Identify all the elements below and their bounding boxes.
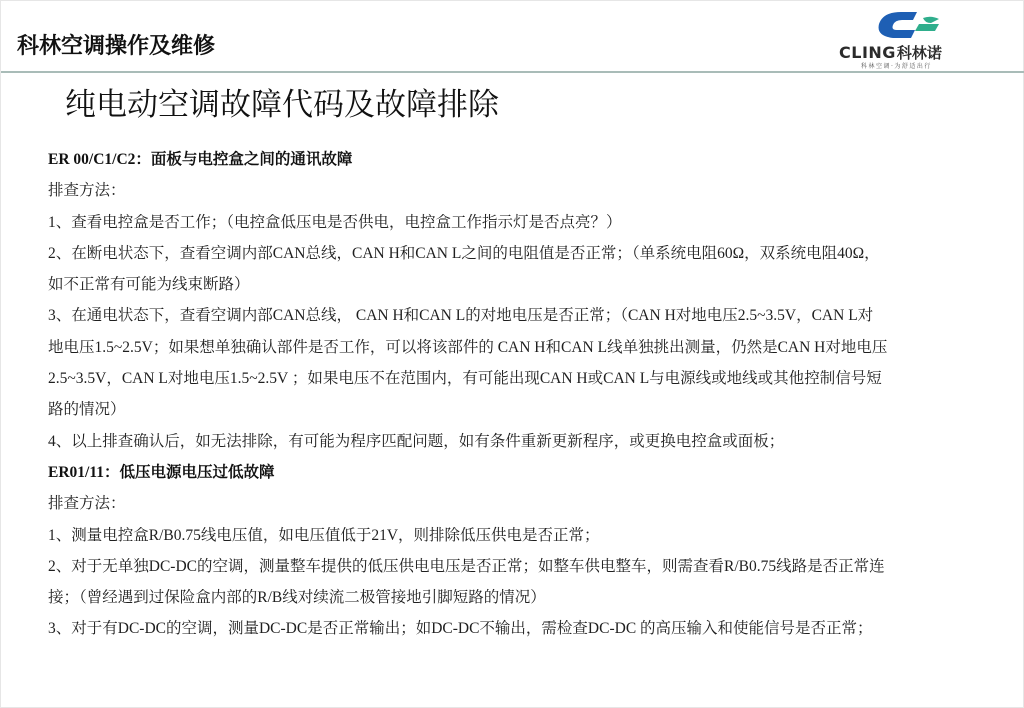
body-line: 路的情况） xyxy=(48,394,988,425)
body-line: 1、查看电控盒是否工作；（电控盒低压电是否供电，电控盒工作指示灯是否点亮？） xyxy=(48,207,988,238)
logo-brand-cn: 科林诺 xyxy=(897,44,942,62)
section-heading: ER 00/C1/C2：面板与电控盒之间的通讯故障 xyxy=(48,144,988,175)
body-line: 4、以上排查确认后，如无法排除，有可能为程序匹配问题，如有条件重新更新程序，或更… xyxy=(48,426,988,457)
body-line: 如不正常有可能为线束断路） xyxy=(48,269,988,300)
section-heading: ER01/11：低压电源电压过低故障 xyxy=(48,457,988,488)
slide-body: ER 00/C1/C2：面板与电控盒之间的通讯故障 排查方法： 1、查看电控盒是… xyxy=(48,144,988,645)
body-line: 1、测量电控盒R/B0.75线电压值，如电压值低于21V，则排除低压供电是否正常… xyxy=(48,520,988,551)
body-line: 3、对于有DC-DC的空调，测量DC-DC是否正常输出；如DC-DC不输出，需检… xyxy=(48,613,988,644)
body-line: 2.5~3.5V，CAN L对地电压1.5~2.5V ；如果电压不在范围内，有可… xyxy=(48,363,988,394)
body-line: 3、在通电状态下，查看空调内部CAN总线， CAN H和CAN L的对地电压是否… xyxy=(48,300,988,331)
method-label: 排查方法： xyxy=(48,488,988,519)
slide: 科林空调操作及维修 CLING科林诺 科林空调·为舒适出行 纯电动空调故障代码及… xyxy=(0,0,1024,708)
logo-slogan: 科林空调·为舒适出行 xyxy=(861,61,932,70)
cling-logo-mark-icon xyxy=(839,9,999,43)
method-label: 排查方法： xyxy=(48,175,988,206)
logo-brand-en: CLING xyxy=(839,43,896,62)
body-line: 地电压1.5~2.5V；如果想单独确认部件是否工作，可以将该部件的 CAN H和… xyxy=(48,332,988,363)
logo-wordmark: CLING科林诺 xyxy=(839,42,942,63)
header-title: 科林空调操作及维修 xyxy=(17,29,215,60)
body-line: 接；（曾经遇到过保险盒内部的R/B线对续流二极管接地引脚短路的情况） xyxy=(48,582,988,613)
body-line: 2、在断电状态下，查看空调内部CAN总线，CAN H和CAN L之间的电阻值是否… xyxy=(48,238,988,269)
cling-logo: CLING科林诺 科林空调·为舒适出行 xyxy=(839,9,999,67)
body-line: 2、对于无单独DC-DC的空调，测量整车提供的低压供电电压是否正常；如整车供电整… xyxy=(48,551,988,582)
header-divider xyxy=(1,71,1024,73)
page-title: 纯电动空调故障代码及故障排除 xyxy=(65,79,499,124)
